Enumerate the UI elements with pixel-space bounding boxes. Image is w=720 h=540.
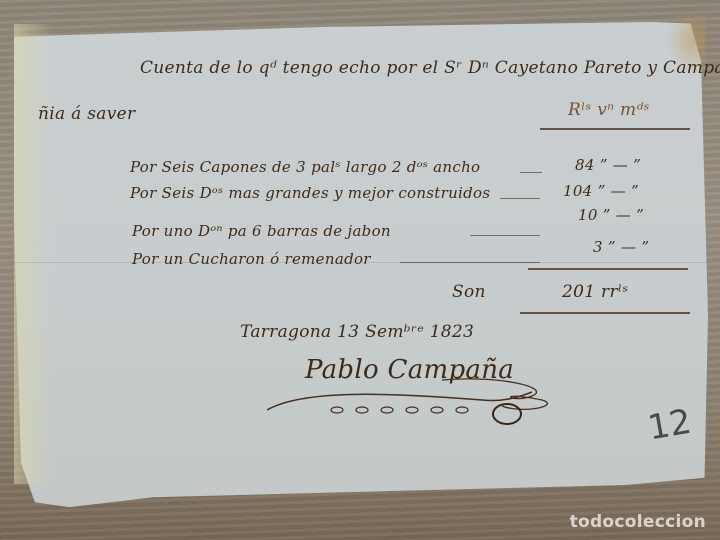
subtotal-rule	[528, 268, 688, 270]
line-item-4: Por un Cucharon ó remenador	[132, 250, 371, 268]
header-line-1: Cuenta de lo qᵈ tengo echo por el Sʳ Dⁿ …	[140, 58, 720, 78]
line-item-1-amount: 84 ” — ”	[575, 156, 641, 174]
signature-flourish	[262, 370, 562, 430]
watermark: todocoleccion	[570, 512, 706, 532]
leader-dash	[470, 235, 540, 236]
line-item-3: Por uno Dᵒⁿ pa 6 barras de jabon	[132, 222, 391, 240]
column-header-rule	[540, 128, 690, 130]
line-item-4-amount: 3 ” — ”	[593, 238, 649, 256]
total-label: Son	[452, 282, 486, 302]
line-item-2-amount: 104 ” — ”	[563, 182, 639, 200]
place-date: Tarragona 13 Semᵇʳᵉ 1823	[240, 322, 474, 342]
leader-dash	[500, 198, 540, 199]
header-line-2: ñia á saver	[38, 104, 135, 124]
total-amount: 201 rrˡˢ	[562, 282, 628, 302]
paper-stain-left	[14, 24, 54, 484]
pencil-annotation: 12	[645, 402, 695, 449]
line-item-2: Por Seis Dᵒˢ mas grandes y mejor constru…	[130, 184, 490, 202]
line-item-1: Por Seis Capones de 3 palˢ largo 2 dᵒˢ a…	[130, 158, 480, 176]
line-item-3-amount: 10 ” — ”	[578, 206, 644, 224]
leader-dash	[400, 262, 540, 263]
column-header-currency: Rˡˢ vⁿ mᵈˢ	[568, 100, 650, 120]
leader-dash	[520, 172, 542, 173]
total-rule	[520, 312, 690, 314]
